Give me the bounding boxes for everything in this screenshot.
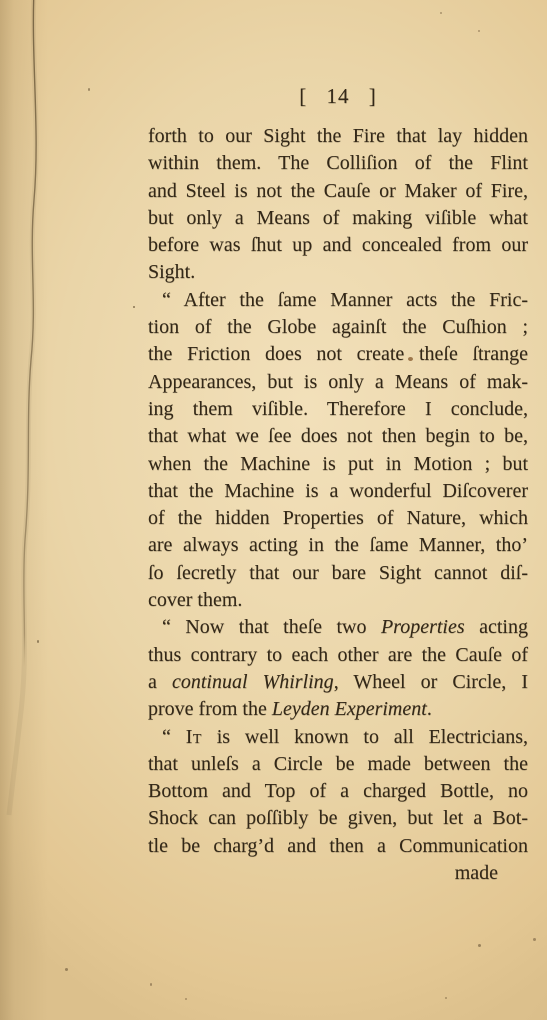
text-line: ing them viſible. Therefore I conclude, xyxy=(148,396,528,423)
paper-speck xyxy=(533,938,536,941)
text-block: forth to our Sight the Fire that lay hid… xyxy=(148,123,528,887)
text-line: Appearances, but is only a Means of mak- xyxy=(148,369,528,396)
paragraph: forth to our Sight the Fire that lay hid… xyxy=(148,123,528,287)
text-line: tle be charg’d and then a Communication xyxy=(148,833,528,860)
text-line: of the hidden Properties of Nature, whic… xyxy=(148,505,528,532)
paper-speck xyxy=(478,30,480,32)
text-line: thus contrary to each other are the Cauſ… xyxy=(148,642,528,669)
page-number-header: [ 14 ] xyxy=(148,84,528,109)
book-page: [ 14 ] forth to our Sight the Fire that … xyxy=(0,0,547,1020)
paper-speck xyxy=(133,306,135,308)
text-line: a continual Whirling, Wheel or Circle, I xyxy=(148,669,528,696)
paper-speck xyxy=(440,12,442,14)
paper-speck xyxy=(65,968,68,971)
text-line: cover them. xyxy=(148,587,528,614)
text-line: that unleſs a Circle be made between the xyxy=(148,751,528,778)
text-line: Shock can poſſibly be given, but let a B… xyxy=(148,805,528,832)
text-line: that the Machine is a wonderful Diſcover… xyxy=(148,478,528,505)
paper-speck xyxy=(185,998,187,1000)
page-gutter-shading xyxy=(0,0,60,1020)
text-line: when the Machine is put in Motion ; but xyxy=(148,451,528,478)
text-line: made xyxy=(148,860,528,887)
paper-speck xyxy=(478,944,481,947)
text-line: Sight. xyxy=(148,259,528,286)
paragraph: “ After the ſame Manner acts the Fric-ti… xyxy=(148,287,528,615)
paper-speck xyxy=(88,88,90,91)
text-line: are always acting in the ſame Manner, th… xyxy=(148,532,528,559)
paper-speck xyxy=(445,997,447,999)
text-line: forth to our Sight the Fire that lay hid… xyxy=(148,123,528,150)
text-line: before was ſhut up and concealed from ou… xyxy=(148,232,528,259)
text-line: ſo ſecretly that our bare Sight cannot d… xyxy=(148,560,528,587)
text-line: “ Now that theſe two Properties acting xyxy=(148,614,528,641)
paragraph: “ Now that theſe two Properties actingth… xyxy=(148,614,528,723)
text-line: “ It is well known to all Electricians, xyxy=(148,724,528,751)
text-line: the Friction does not create theſe ſtran… xyxy=(148,341,528,368)
text-line: within them. The Colliſion of the Flint xyxy=(148,150,528,177)
paragraph: “ It is well known to all Electricians,t… xyxy=(148,724,528,888)
paper-speck xyxy=(150,983,152,986)
text-line: Bottom and Top of a charged Bottle, no xyxy=(148,778,528,805)
text-line: tion of the Globe againſt the Cuſhion ; xyxy=(148,314,528,341)
paper-speck xyxy=(37,640,39,643)
text-line: that what we ſee does not then begin to … xyxy=(148,423,528,450)
text-line: and Steel is not the Cauſe or Maker of F… xyxy=(148,178,528,205)
text-line: “ After the ſame Manner acts the Fric- xyxy=(148,287,528,314)
text-line: but only a Means of making viſible what xyxy=(148,205,528,232)
text-line: prove from the Leyden Experiment. xyxy=(148,696,528,723)
page-crease xyxy=(0,0,70,1020)
